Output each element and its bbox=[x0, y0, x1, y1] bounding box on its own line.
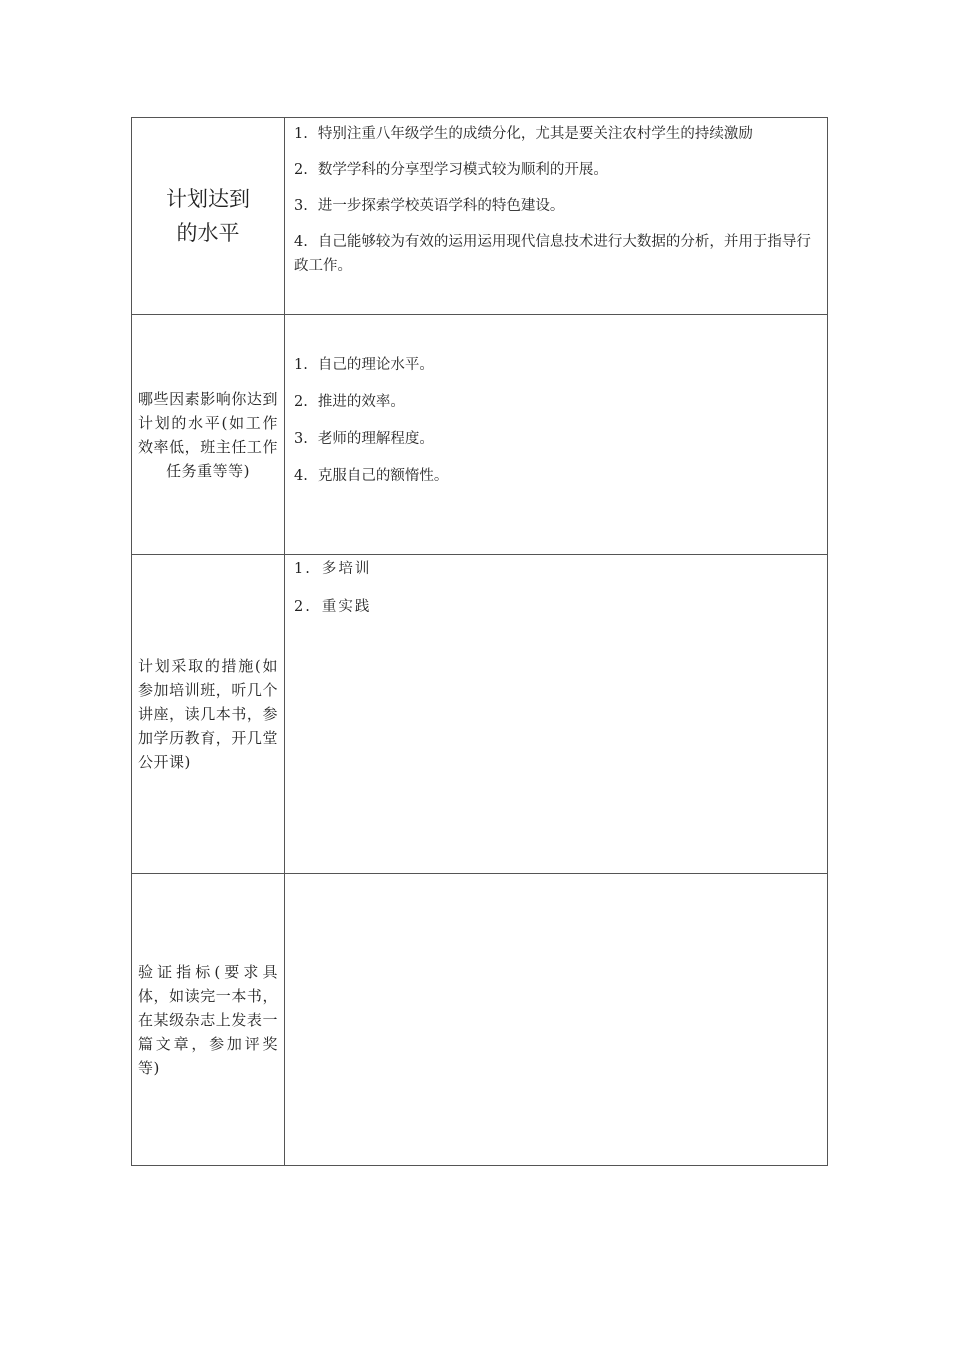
row-label-line: 计划达到 bbox=[166, 182, 250, 216]
item-number: 2. bbox=[294, 162, 308, 178]
plan-table: 计划达到 的水平 1.特别注重八年级学生的成绩分化，尤其是要关注农村学生的持续激… bbox=[131, 117, 828, 1166]
item-text: 特别注重八年级学生的成绩分化，尤其是要关注农村学生的持续激励 bbox=[318, 126, 753, 142]
item-number: 1. bbox=[294, 357, 308, 373]
list-item: 2.推进的效率。 bbox=[294, 390, 817, 414]
table-row-influencing-factors: 哪些因素影响你达到计划的水平(如工作效率低，班主任工作任务重等等) 1.自己的理… bbox=[132, 315, 827, 555]
item-number: 4. bbox=[294, 468, 308, 484]
list-item: 2.数学学科的分享型学习模式较为顺利的开展。 bbox=[294, 158, 817, 182]
row-label: 验证指标(要求具体，如读完一本书，在某级杂志上发表一篇文章，参加评奖等) bbox=[132, 960, 284, 1080]
item-text: 多培训 bbox=[322, 561, 372, 577]
list-item: 3.进一步探索学校英语学科的特色建设。 bbox=[294, 194, 817, 218]
table-row-target-level: 计划达到 的水平 1.特别注重八年级学生的成绩分化，尤其是要关注农村学生的持续激… bbox=[132, 118, 827, 315]
item-number: 3. bbox=[294, 198, 308, 214]
row-content-cell: 1.特别注重八年级学生的成绩分化，尤其是要关注农村学生的持续激励 2.数学学科的… bbox=[285, 118, 827, 314]
list-item: 4.克服自己的额惰性。 bbox=[294, 464, 817, 488]
row-label: 哪些因素影响你达到计划的水平(如工作效率低，班主任工作任务重等等) bbox=[132, 387, 284, 483]
row-label: 计划达到 的水平 bbox=[166, 182, 250, 250]
item-text: 数学学科的分享型学习模式较为顺利的开展。 bbox=[318, 162, 608, 178]
row-label-cell: 计划采取的措施(如参加培训班，听几个讲座，读几本书，参加学历教育，开几堂公开课) bbox=[132, 555, 285, 873]
table-row-planned-measures: 计划采取的措施(如参加培训班，听几个讲座，读几本书，参加学历教育，开几堂公开课)… bbox=[132, 555, 827, 874]
list-item: 3.老师的理解程度。 bbox=[294, 427, 817, 451]
list-item: 1.多培训 bbox=[294, 557, 817, 581]
item-number: 4. bbox=[294, 234, 308, 250]
item-number: 3. bbox=[294, 431, 308, 447]
row-label-line: 的水平 bbox=[166, 216, 250, 250]
list-item: 1.特别注重八年级学生的成绩分化，尤其是要关注农村学生的持续激励 bbox=[294, 122, 817, 146]
list-item: 2.重实践 bbox=[294, 595, 817, 619]
item-number: 2. bbox=[294, 394, 308, 410]
list-item: 4.自己能够较为有效的运用运用现代信息技术进行大数据的分析，并用于指导行政工作。 bbox=[294, 230, 817, 278]
item-text: 进一步探索学校英语学科的特色建设。 bbox=[318, 198, 565, 214]
item-number: 2. bbox=[294, 599, 312, 615]
row-content-cell: 1.自己的理论水平。 2.推进的效率。 3.老师的理解程度。 4.克服自己的额惰… bbox=[285, 315, 827, 554]
row-content-cell: 1.多培训 2.重实践 bbox=[285, 555, 827, 873]
list-item: 1.自己的理论水平。 bbox=[294, 353, 817, 377]
item-text: 自己的理论水平。 bbox=[318, 357, 434, 373]
item-text: 自己能够较为有效的运用运用现代信息技术进行大数据的分析，并用于指导行政工作。 bbox=[294, 234, 811, 274]
row-label: 计划采取的措施(如参加培训班，听几个讲座，读几本书，参加学历教育，开几堂公开课) bbox=[132, 654, 284, 774]
row-label-cell: 验证指标(要求具体，如读完一本书，在某级杂志上发表一篇文章，参加评奖等) bbox=[132, 874, 285, 1165]
item-number: 1. bbox=[294, 561, 312, 577]
row-label-cell: 计划达到 的水平 bbox=[132, 118, 285, 314]
item-text: 重实践 bbox=[322, 599, 372, 615]
item-number: 1. bbox=[294, 126, 308, 142]
table-row-verification-metrics: 验证指标(要求具体，如读完一本书，在某级杂志上发表一篇文章，参加评奖等) bbox=[132, 874, 827, 1165]
item-text: 推进的效率。 bbox=[318, 394, 405, 410]
item-text: 老师的理解程度。 bbox=[318, 431, 434, 447]
row-label-cell: 哪些因素影响你达到计划的水平(如工作效率低，班主任工作任务重等等) bbox=[132, 315, 285, 554]
row-content-cell-empty bbox=[285, 874, 827, 1165]
item-text: 克服自己的额惰性。 bbox=[318, 468, 449, 484]
